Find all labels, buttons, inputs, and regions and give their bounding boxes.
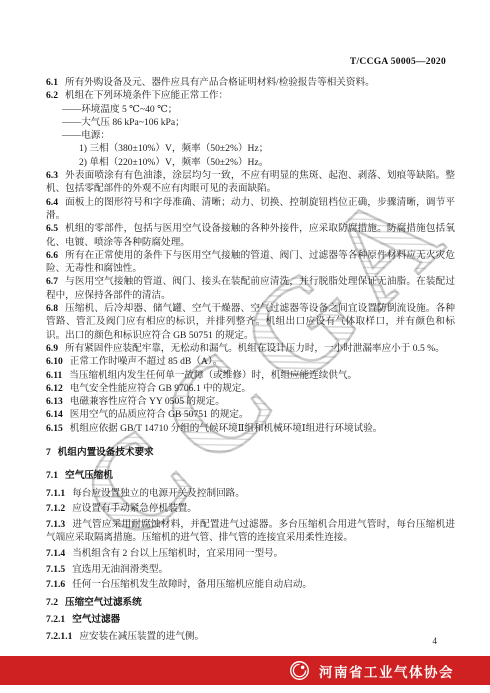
association-name: 河南省工业气体协会 [319,661,454,681]
clause: 2) 单相（220±10%）V，频率（50±2%）Hz。 [46,156,455,169]
clause-text: 外表面喷涂有有色油漆，涂层均匀一致，不应有明显的焦斑、起泡、剥落、划痕等缺陷。整… [46,170,455,194]
clause-number: 6.12 [46,383,63,394]
clause: 6.10正常工作时噪声不超过 85 dB（A）。 [46,355,455,368]
clause: ——大气压 86 kPa~106 kPa； [46,116,455,129]
clause-number: 6.7 [46,276,58,287]
clause-text: 机组的零部件，包括与医用空气设备接触的各种外接件，应采取防腐措施。防腐措施包括氧… [46,223,455,247]
clause-text: 压缩空气过滤系统 [65,597,142,608]
clause-text: 宜选用无油润滑类型。 [72,564,168,575]
association-emblem-icon [289,660,310,681]
clause-text: ——环境温度 5 ℃~40 ℃； [62,104,177,115]
clause-number: 7.2.1.1 [46,631,72,642]
clause-text: ——大气压 86 kPa~106 kPa； [62,117,185,128]
clause: 7.1.3进气管应采用耐腐蚀材料，并配置进气过滤器。多台压缩机合用进气管时，每台… [46,518,455,545]
clause-number: 6.1 [46,77,58,88]
clause: 6.4面板上的图形符号和字母准确、清晰；动力、切换、控制旋钮档位正确，步骤清晰，… [46,196,455,223]
clause-number: 6.15 [46,423,63,434]
clause-text: 空气压缩机 [65,470,113,481]
section-heading: 7机组内置设备技术要求 [46,446,455,459]
clause: 6.11当压缩机组内发生任何单一故障（或维修）时，机组应能连续供气。 [46,369,455,382]
clause-text: 所有外购设备及元、器件应具有产品合格证明材料/检验报告等相关资料。 [65,77,375,88]
clause-number: 7.1.3 [46,519,65,530]
clause-text: 当机组含有 2 台以上压缩机时，宜采用同一型号。 [72,548,283,559]
clause-number: 6.10 [46,356,63,367]
clause-number: 7.1.6 [46,579,65,590]
clause-text: 机组在下列环境条件下应能正常工作： [65,90,228,101]
doc-code-header: T/CCGA 50005—2020 [350,57,446,67]
clause-text: 2) 单相（220±10%）V，频率（50±2%）Hz。 [79,157,268,168]
clause: 6.2机组在下列环境条件下应能正常工作： [46,89,455,102]
clause: ——电源： [46,129,455,142]
clause: 6.9所有紧固件应装配牢靠，无松动和漏气。机组在设计压力时，一小时泄漏率应小于 … [46,342,455,355]
clause-number: 7.2 [46,597,58,608]
section-heading: 7.1空气压缩机 [46,469,455,482]
clause-text: ——电源： [62,130,110,141]
clause-number: 6.8 [46,303,58,314]
clause-text: 面板上的图形符号和字母准确、清晰；动力、切换、控制旋钮档位正确，步骤清晰，调节平… [46,197,455,221]
clause: 7.1.5宜选用无油润滑类型。 [46,563,455,576]
clause-number: 6.6 [46,250,58,261]
clause-text: 医用空气的品质应符合 GB 50751 的规定。 [70,409,249,420]
clause: 6.12电气安全性能应符合 GB 9706.1 中的规定。 [46,382,455,395]
clause: 7.1.2应设置有手动紧急停机装置。 [46,502,455,515]
clause-number: 7.1 [46,470,58,481]
clause: 6.8压缩机、后冷却器、储气罐、空气干燥器、空气过滤器等设备之间宜设置防倒流设施… [46,302,455,342]
section-heading: 7.2压缩空气过滤系统 [46,596,455,609]
clause-text: 1) 三相（380±10%）V，频率（50±2%）Hz； [79,143,268,154]
clause-text: 每台应设置独立的电源开关及控制回路。 [72,488,245,499]
document-body: 6.1所有外购设备及元、器件应具有产品合格证明材料/检验报告等相关资料。6.2机… [46,76,455,644]
clause-number: 7.1.5 [46,564,65,575]
clause-text: 所有在正常使用的条件下与医用空气接触的管道、阀门、过滤器等各种原件材料应无火灾危… [46,250,455,274]
clause: 6.6所有在正常使用的条件下与医用空气接触的管道、阀门、过滤器等各种原件材料应无… [46,249,455,276]
clause: 6.3外表面喷涂有有色油漆，涂层均匀一致，不应有明显的焦斑、起泡、剥落、划痕等缺… [46,169,455,196]
clause-text: 应设置有手动紧急停机装置。 [72,503,197,514]
clause-text: 电磁兼容性应符合 YY 0505 的规定。 [70,396,225,407]
clause-number: 6.11 [46,370,62,381]
clause-text: 所有紧固件应装配牢靠，无松动和漏气。机组在设计压力时，一小时泄漏率应小于 0.5… [65,343,445,354]
clause-number: 7 [46,447,51,458]
clause-text: 进气管应采用耐腐蚀材料，并配置进气过滤器。多台压缩机合用进气管时，每台压缩机进气… [46,519,455,543]
page-number: 4 [433,636,438,646]
clause-text: 应安装在减压装置的进气侧。 [79,631,204,642]
clause-text: 任何一台压缩机发生故障时，备用压缩机应能自动启动。 [72,579,312,590]
clause-number: 6.5 [46,223,58,234]
clause-text: 空气过滤器 [72,614,120,625]
clause-number: 7.2.1 [46,614,65,625]
clause-number: 6.3 [46,170,58,181]
clause-number: 6.13 [46,396,63,407]
section-heading: 7.2.1空气过滤器 [46,613,455,626]
clause-text: 正常工作时噪声不超过 85 dB（A）。 [70,356,222,367]
clause-text: 压缩机、后冷却器、储气罐、空气干燥器、空气过滤器等设备之间宜设置防倒流设施。各种… [46,303,455,341]
clause: 6.13电磁兼容性应符合 YY 0505 的规定。 [46,395,455,408]
clause-text: 电气安全性能应符合 GB 9706.1 中的规定。 [70,383,251,394]
clause-number: 6.2 [46,90,58,101]
clause: 7.1.6任何一台压缩机发生故障时，备用压缩机应能自动启动。 [46,578,455,591]
clause: 7.1.4当机组含有 2 台以上压缩机时，宜采用同一型号。 [46,547,455,560]
clause-number: 7.1.2 [46,503,65,514]
clause-text: 机组应依据 GB/T 14710 分组的气候环境Ⅱ组和机械环境Ⅰ组进行环境试验。 [70,423,383,434]
clause-number: 6.4 [46,197,58,208]
clause-text: 与医用空气接触的管道、阀门、接头在装配前应清洗，并行脱脂处理保证无油脂。在装配过… [46,276,455,300]
footer-bar: 河南省工业气体协会 [0,656,490,685]
clause-number: 7.1.4 [46,548,65,559]
clause: 1) 三相（380±10%）V，频率（50±2%）Hz； [46,142,455,155]
clause: ——环境温度 5 ℃~40 ℃； [46,103,455,116]
clause-number: 6.14 [46,409,63,420]
clause-number: 7.1.1 [46,488,65,499]
clause: 6.7与医用空气接触的管道、阀门、接头在装配前应清洗，并行脱脂处理保证无油脂。在… [46,275,455,302]
clause-number: 6.9 [46,343,58,354]
clause: 6.15机组应依据 GB/T 14710 分组的气候环境Ⅱ组和机械环境Ⅰ组进行环… [46,422,455,435]
clause-text: 机组内置设备技术要求 [58,447,154,458]
clause: 7.2.1.1应安装在减压装置的进气侧。 [46,630,455,643]
clause: 6.1所有外购设备及元、器件应具有产品合格证明材料/检验报告等相关资料。 [46,76,455,89]
clause: 6.5机组的零部件，包括与医用空气设备接触的各种外接件，应采取防腐措施。防腐措施… [46,222,455,249]
clause: 6.14医用空气的品质应符合 GB 50751 的规定。 [46,408,455,421]
clause-text: 当压缩机组内发生任何单一故障（或维修）时，机组应能连续供气。 [69,370,357,381]
document-page: T/CCGA 50005—2020 CCGA 6.1所有外购设备及元、器件应具有… [0,0,490,693]
clause: 7.1.1每台应设置独立的电源开关及控制回路。 [46,487,455,500]
